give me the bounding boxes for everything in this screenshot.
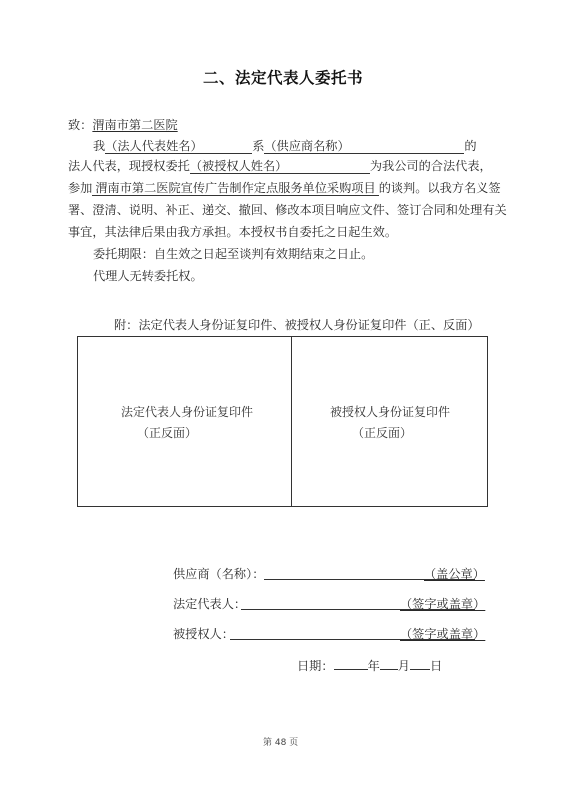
table-divider — [291, 337, 292, 506]
legal-rep-name-field[interactable]: （法人代表姓名） — [105, 140, 252, 154]
day-field[interactable] — [410, 657, 430, 670]
line1-mid: 系 — [252, 139, 264, 153]
date-line: 日期：年月日 — [297, 657, 442, 673]
line3-end: 的谈判。以我方名义签 — [379, 181, 501, 195]
supplier-seal-note: （盖公章） — [424, 567, 485, 581]
supplier-name-field[interactable]: （供应商名称） — [264, 140, 464, 154]
supplier-signature-label: 供应商（名称）： — [173, 567, 264, 581]
legal-rep-signature-label: 法定代表人： — [173, 597, 246, 611]
line1-start: 我 — [93, 139, 105, 153]
year-field[interactable] — [334, 657, 368, 670]
authorized-id-sublabel: （正反面） — [352, 424, 412, 441]
addressee-prefix: 致： — [68, 118, 92, 132]
authorized-seal-note: （签字或盖章） — [400, 627, 485, 641]
legal-rep-seal-note: （签字或盖章） — [400, 597, 485, 611]
authorized-name-field[interactable]: （被授权人姓名） — [190, 160, 370, 174]
paragraph-line-2: 法人代表，现授权委托（被授权人姓名）为我公司的合法代表， — [68, 159, 492, 174]
paragraph-line-4: 署、澄清、说明、补正、递交、撤回、修改本项目响应文件、签订合同和处理有关 — [68, 203, 507, 217]
page-title: 二、法定代表人委托书 — [0, 66, 566, 88]
project-name-text: 渭南市第二医院宣传广告制作定点服务单位采购项目 — [95, 181, 375, 195]
line3-start: 参加 — [68, 181, 92, 195]
addressee-name: 渭南市第二医院 — [92, 118, 177, 132]
page-number: 第 48 页 — [263, 735, 298, 748]
supplier-name-placeholder: （供应商名称） — [264, 139, 349, 153]
paragraph-line-1: 我（法人代表姓名）系（供应商名称）的 — [93, 139, 477, 154]
attachment-caption: 附：法定代表人身份证复印件、被授权人身份证复印件（正、反面） — [114, 318, 480, 332]
line2-end: 为我公司的合法代表， — [370, 159, 492, 173]
legal-rep-id-label: 法定代表人身份证复印件 — [121, 403, 253, 420]
id-copy-table: 法定代表人身份证复印件 （正反面） 被授权人身份证复印件 （正反面） — [77, 336, 488, 507]
authorized-id-label: 被授权人身份证复印件 — [330, 403, 450, 420]
project-name: 渭南市第二医院宣传广告制作定点服务单位采购项目 — [92, 182, 378, 196]
authorized-signature-label: 被授权人： — [173, 627, 234, 641]
month-field[interactable] — [380, 657, 398, 670]
month-label: 月 — [398, 659, 410, 673]
paragraph-line-5: 事宜，其法律后果由我方承担。本授权书自委托之日起生效。 — [68, 225, 397, 239]
legal-rep-id-sublabel: （正反面） — [137, 424, 197, 441]
line1-end: 的 — [464, 139, 476, 153]
line2-start: 法人代表，现授权委托 — [68, 159, 190, 173]
year-label: 年 — [368, 659, 380, 673]
paragraph-no-sub-delegation: 代理人无转委托权。 — [93, 269, 203, 283]
paragraph-line-3: 参加渭南市第二医院宣传广告制作定点服务单位采购项目的谈判。以我方名义签 — [68, 181, 501, 196]
date-label: 日期： — [297, 659, 334, 673]
day-label: 日 — [430, 659, 442, 673]
authorized-name-placeholder: （被授权人姓名） — [190, 159, 288, 173]
paragraph-term: 委托期限：自生效之日起至谈判有效期结束之日止。 — [93, 247, 373, 261]
addressee-line: 致：渭南市第二医院 — [68, 118, 178, 132]
legal-rep-name-placeholder: （法人代表姓名） — [105, 139, 203, 153]
